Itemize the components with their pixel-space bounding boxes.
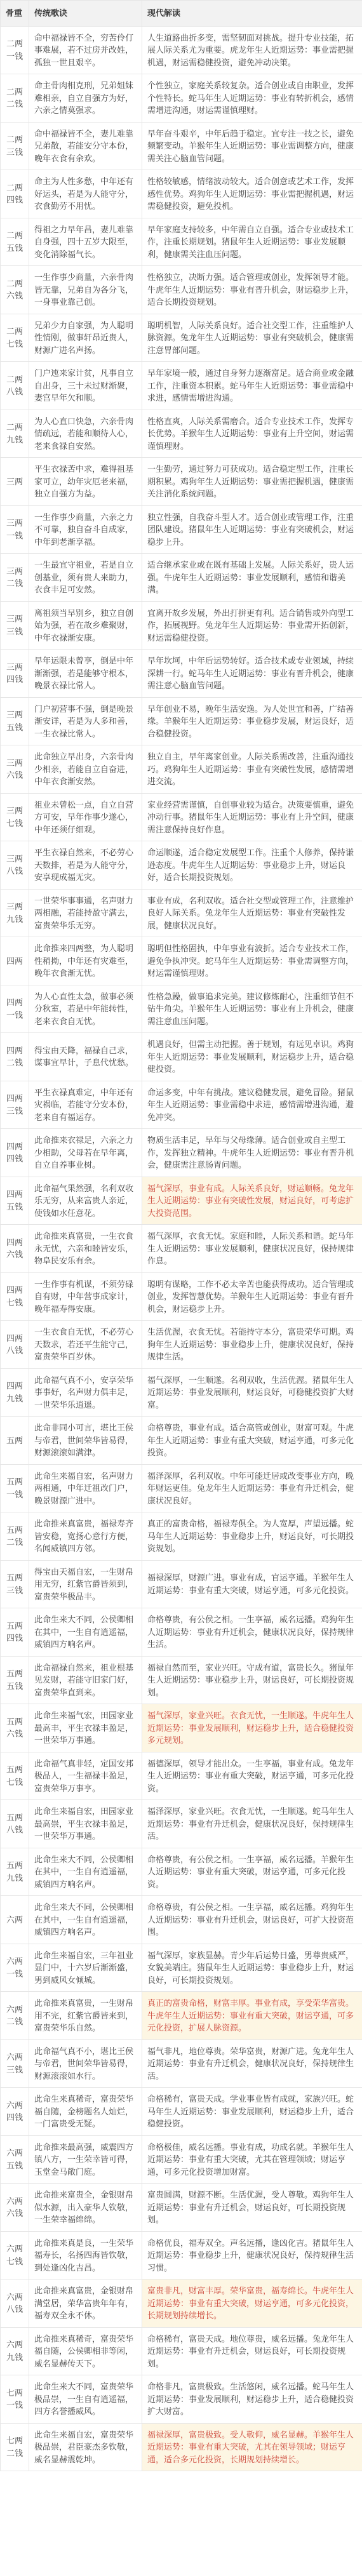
weight-cell: 四两二钱: [1, 1033, 29, 1081]
weight-cell: 四两一钱: [1, 985, 29, 1033]
weight-cell: 五两五钱: [1, 1656, 29, 1704]
weight-cell: 五两一钱: [1, 1464, 29, 1512]
table-body: 二两一钱命中福禄皆不全，穷苦伶仃事难展，若不过房并改姓，孤独一世且艰辛。人生道路…: [1, 26, 362, 2471]
weight-cell: 三两八钱: [1, 841, 29, 890]
table-row: 五两五钱此命福禄自然来，祖业根基见发财，若能守旧家门好，富贵荣华直到来。福禄自然…: [1, 1656, 362, 1704]
modern-cell: 福禄自然而至，家业兴旺。守成有道，富贵长久。猪鼠年生人近期运势：事业稳步上升，财…: [142, 1656, 362, 1704]
table-row: 五两此命非同小可言，堪比王侯与帝君，世间荣华皆易得，财源滚滚如满津。命格尊贵，事…: [1, 1417, 362, 1465]
verse-cell: 此命推来真富贵，金银财帛满堂居，荣华富贵年年有，福寿双全永不休。: [29, 2279, 142, 2328]
modern-cell: 富贵圆满，财源不断。生活优渥，受人尊敬。鸡狗年生人近期运势：事业有升迁机会，财运…: [142, 2184, 362, 2232]
table-row: 三两四钱早年运限未曾享，倒是中年渐渐强，若是能够守根本，晚景衣禄比常人。早年坎坷…: [1, 650, 362, 698]
weight-cell: 六两二钱: [1, 1992, 29, 2040]
weight-cell: 五两四钱: [1, 1608, 29, 1657]
verse-cell: 门户迍来家计贫，凡事自立自出身，三十未过财渐聚，妻宫早年欠和顺。: [29, 362, 142, 410]
table-row: 二两二钱命主骨肉相克刑，兄弟姐妹难相亲，自立自强方为好，六亲之情莫强求。个性独立…: [1, 74, 362, 123]
weight-cell: 三两七钱: [1, 793, 29, 841]
verse-cell: 得宝由天降，福禄自己求，谋事宜早计，子息代忧愁。: [29, 1033, 142, 1081]
table-row: 四两五钱此命福气果然强，名利双收乐无穷，从来富贵人亲近，使钱如水任意花。福气深厚…: [1, 1177, 362, 1225]
modern-cell: 命格极佳，威名远播。事业有成，功成名就。羊猴年生人近期运势：事业有重大突破，尤其…: [142, 2135, 362, 2184]
weight-cell: 二两二钱: [1, 74, 29, 123]
verse-cell: 此命生来大不同，公侯卿相在其中，一生自有逍遥福，威镇四方响名声。: [29, 1608, 142, 1657]
table-row: 四两六钱此命推来真富贵，一生衣食永无忧，六亲和睦皆安乐，物阜民安乐有余。福气深厚…: [1, 1225, 362, 1273]
verse-cell: 此命推来真稀奇，富贵荣华福自随，公侯卿相非等闲，威名显赫传天下。: [29, 2327, 142, 2375]
table-row: 五两六钱此命生来福气宏，田园家业最高丰，平生衣禄丰盈足，一世荣华万事通。福气深厚…: [1, 1704, 362, 1752]
verse-cell: 得祖之力早年昌，妻儿难靠自身强，四十五岁大限至，变化消除福气长。: [29, 218, 142, 266]
verse-cell: 此命生来福气宏，田园家业最高丰，平生衣禄丰盈足，一世荣华万事通。: [29, 1704, 142, 1752]
header-traditional-verse: 传统歌诀: [29, 1, 142, 27]
table-row: 四两七钱一生作事有机谋，不须劳碌自有财，中年营事成家计，晚年福寿得安康。聪明有谋…: [1, 1272, 362, 1321]
modern-cell: 性格直爽，人际关系需磨合。适合专业技术工作，发挥专长优势。羊猴年生人近期运势：事…: [142, 410, 362, 458]
table-row: 六两五钱此命推来最高强，威震四方镇八方，一生荣幸皆可得，玉堂金马敞门庭。命格极佳…: [1, 2135, 362, 2184]
modern-cell: 家业经营需谨慎，自创事业较为适合。决策要慎重，避免冲动行事。猪鼠年生人近期运势：…: [142, 793, 362, 841]
weight-cell: 二两九钱: [1, 410, 29, 458]
weight-cell: 五两六钱: [1, 1704, 29, 1752]
weight-cell: 六两九钱: [1, 2327, 29, 2375]
table-row: 四两二钱得宝由天降，福禄自己求，谋事宜早计，子息代忧愁。机遇良好，但需主动把握。…: [1, 1033, 362, 1081]
modern-cell: 早年创业不易，晚年生活安逸。为人处世宜和善，广结善缘。羊猴年生人近期运势：事业稳…: [142, 697, 362, 745]
header-modern-interpretation: 现代解读: [142, 1, 362, 27]
table-row: 六两此命生来大不同，公侯卿相在其中，一生自有逍遥福，威镇四方响名声。命格尊贵，有…: [1, 1896, 362, 1944]
modern-cell: 福气深厚，家族显赫。青少年后运势日盛，男尊贵威严，女貌美端庄。猪鼠年生人近期运势…: [142, 1944, 362, 1992]
modern-cell: 性格较敏感，情绪波动较大。适合创意或艺术工作，发挥感性优势。鸡狗年生人近期运势：…: [142, 170, 362, 218]
verse-cell: 此命福气真不小，安享荣华事事好，名声财力俱丰足，一世荣华乐逍遥。: [29, 1368, 142, 1417]
table-row: 二两三钱命中福禄皆不全，妻儿难靠兄弟散，若能安分守本份，晚年衣食有余欢。早年奋斗…: [1, 122, 362, 170]
weight-cell: 三两五钱: [1, 697, 29, 745]
modern-cell: 富贵非凡，财富丰厚。荣华富贵，福寿绵长。牛虎年生人近期运势：事业有重大突破，财运…: [142, 2279, 362, 2328]
table-row: 二两一钱命中福禄皆不全，穷苦伶仃事难展，若不过房并改姓，孤独一世且艰辛。人生道路…: [1, 26, 362, 74]
weight-cell: 五两: [1, 1417, 29, 1465]
modern-cell: 命运多变，中年有挑战。建议稳健发展，避免冒险。猪鼠年生人近期运势：事业需稳中求进…: [142, 1081, 362, 1129]
table-row: 五两七钱此命福气真非轻，定国安邦极品人，一生福禄丰盈足，富贵荣华万事亨。福德深厚…: [1, 1752, 362, 1800]
verse-cell: 此命推来衣禄足，六亲之力少相助，父母若在早年离，自立自养事业树。: [29, 1129, 142, 1177]
verse-cell: 一世荣华事事通，名声财力两相融，若能持盈守满去，富贵荣华乐无穷。: [29, 889, 142, 937]
verse-cell: 此命福气果然强，名利双收乐无穷，从来富贵人亲近，使钱如水任意花。: [29, 1177, 142, 1225]
modern-cell: 命格尊贵，有公侯之相。一生享福，威名远播。鸡狗年生人近期运势：事业有升迁机会，健…: [142, 1608, 362, 1657]
verse-cell: 此命福气真非轻，定国安邦极品人，一生福禄丰盈足，富贵荣华万事亨。: [29, 1752, 142, 1800]
weight-cell: 四两八钱: [1, 1321, 29, 1369]
table-row: 二两七钱兄弟少力自家强，为人聪明性情刚，做事轩昂近贵人，财源广进名声扬。聪明机智…: [1, 314, 362, 362]
table-row: 五两一钱此命生来福自宏，名声财力两相通，中年迁祖改门户，晚景财源广进中。福泽深厚…: [1, 1464, 362, 1512]
table-row: 七两二钱此命生来福自宏，富贵荣华极品崇，君臣豪杰多钦敬，威名显赫震乾坤。福禄深厚…: [1, 2423, 362, 2471]
modern-cell: 命格非凡，富贵极致。生活悠闲，威名远播。蛇马年生人近期运势：事业发展顺利，财运稳…: [142, 2375, 362, 2424]
modern-cell: 独立自主，早年离家创业。人际关系需改善，注重沟通技巧。鸡狗年生人近期运势：事业有…: [142, 745, 362, 794]
modern-cell: 个性独立，家庭关系较复杂。适合创业或自由职业，发挥个性特长。蛇马年生人近期运势：…: [142, 74, 362, 123]
weight-cell: 四两三钱: [1, 1081, 29, 1129]
verse-cell: 为人心直性太急，做事必须分秋室，若是中年能转性，老来衣食自无忧。: [29, 985, 142, 1033]
weight-cell: 六两七钱: [1, 2231, 29, 2279]
modern-cell: 性格急躁，做事追求完美。建议修炼耐心，注重细节但不钻牛角尖。羊猴年生人近期运势：…: [142, 985, 362, 1033]
table-row: 六两四钱此命生来真稀奇，富贵荣华福自随，金榜题名人灿烂，一门富贵受无疑。命格稀有…: [1, 2088, 362, 2136]
verse-cell: 此命生来真稀奇，富贵荣华福自随，金榜题名人灿烂，一门富贵受无疑。: [29, 2088, 142, 2136]
table-row: 六两二钱此命推来真富贵，一生财帛用不完，红紫官爵皆来到，富贵荣华乐自然。真正的富…: [1, 1992, 362, 2040]
modern-cell: 真正的富贵命格，财富丰厚。事业有成，享受荣华富贵。牛虎年生人近期运势：事业有重大…: [142, 1992, 362, 2040]
table-row: 七两一钱此命生来大不同，富贵荣华极品崇，一生自有逍遥福，四方名誉播威风。命格非凡…: [1, 2375, 362, 2424]
modern-cell: 命格稀有，富贵天成。学业事业皆有成就，家族兴旺。蛇马年生人近期运势：事业发展顺利…: [142, 2088, 362, 2136]
verse-cell: 离祖须当早别乡，独立自创始为强，若在故乡难聚财，中年衣禄渐安康。: [29, 601, 142, 650]
weight-cell: 六两六钱: [1, 2184, 29, 2232]
weight-cell: 四两五钱: [1, 1177, 29, 1225]
verse-cell: 平生衣禄真难定，中年还有灾祸临，若能守分安本份，老来自有福运存。: [29, 1081, 142, 1129]
table-row: 三两九钱一世荣华事事通，名声财力两相融，若能持盈守满去，富贵荣华乐无穷。事业有成…: [1, 889, 362, 937]
modern-cell: 聪明有谋略，工作不必太辛苦也能获得成功。适合管理或创业，发挥智慧优势。羊猴年生人…: [142, 1272, 362, 1321]
weight-cell: 二两三钱: [1, 122, 29, 170]
weight-cell: 四两四钱: [1, 1129, 29, 1177]
modern-cell: 福气深厚，一生顺遂。名利双收，生活优渥。猪鼠年生人近期运势：事业发展顺利，财运良…: [142, 1368, 362, 1417]
table-row: 三两二钱一生最宜守祖业，若是自立创基业，须有贵人来助力，衣食丰足可安然。适合继承…: [1, 554, 362, 602]
modern-cell: 福德深厚，领导才能出众。一生享福，事业有成。兔龙年生人近期运势：事业有重大突破，…: [142, 1752, 362, 1800]
table-row: 三两五钱门户初营事不强，倒是晚景渐安详，若是为人多和善，一生衣禄比常人。早年创业…: [1, 697, 362, 745]
modern-cell: 独立性强，自我奋斗型人才。适合创业或管理工作，注重团队建设。猪鼠年生人近期运势：…: [142, 505, 362, 554]
weight-cell: 三两三钱: [1, 601, 29, 650]
table-row: 五两二钱此命推来真富贵，福禄寿齐皆安稳，宽扬心意行方便，名闻威镇四方邻。真正的富…: [1, 1512, 362, 1561]
table-row: 五两八钱此命生来福自宏，田园家业最高崇，平生衣禄丰盈足，一世荣华万事通。福泽深厚…: [1, 1800, 362, 1848]
weight-cell: 二两五钱: [1, 218, 29, 266]
modern-cell: 福气深厚，家业兴旺。衣食无忧，一生顺遂。牛虎年生人近期运势：事业发展顺利，财运稳…: [142, 1704, 362, 1752]
modern-cell: 适合继承家业或在既有基础上发展。人际关系好，贵人运强。牛虎年生人近期运势：事业发…: [142, 554, 362, 602]
weight-cell: 五两三钱: [1, 1560, 29, 1608]
verse-cell: 为人心直口快急，六亲骨肉情疏远，若能和顺待人心，老来食禄自安然。: [29, 410, 142, 458]
weight-cell: 七两一钱: [1, 2375, 29, 2424]
verse-cell: 此命推来最高强，威震四方镇八方，一生荣幸皆可得，玉堂金马敞门庭。: [29, 2135, 142, 2184]
verse-cell: 此命推来真是良，一生荣华福寿长，名扬四海皆钦敬，到处逢凶化吉昌。: [29, 2231, 142, 2279]
bone-weight-table: 骨重 传统歌诀 现代解读 二两一钱命中福禄皆不全，穷苦伶仃事难展，若不过房并改姓…: [0, 0, 362, 2471]
table-row: 六两九钱此命推来真稀奇，富贵荣华福自随，公侯卿相非等闲，威名显赫传天下。命格稀有…: [1, 2327, 362, 2375]
table-row: 三两六钱此命独立早出身，六亲骨肉少相亲，若能自立自奋进，中年衣食渐安然。独立自主…: [1, 745, 362, 794]
verse-cell: 此命推来真富贵，福禄寿齐皆安稳，宽扬心意行方便，名闻威镇四方邻。: [29, 1512, 142, 1561]
modern-cell: 福气非凡，地位尊贵。荣华富贵，财源广进。兔龙年生人近期运势：事业有升迁机会，健康…: [142, 2039, 362, 2088]
table-row: 三两平生衣禄苦中求，难得祖基家可立，幼年灾厄老来福，独立自强方为益。一生勤劳，通…: [1, 458, 362, 506]
verse-cell: 门户初营事不强，倒是晚景渐安详，若是为人多和善，一生衣禄比常人。: [29, 697, 142, 745]
weight-cell: 七两二钱: [1, 2423, 29, 2471]
weight-cell: 四两六钱: [1, 1225, 29, 1273]
verse-cell: 祖业未曾松一点，自立自营方可安，早年作事少遂心，中年还须仔细观。: [29, 793, 142, 841]
verse-cell: 此命生来福自宏，三年祖业显门中，十六岁后渐渐盛，男到威风女倾城。: [29, 1944, 142, 1992]
table-row: 五两九钱此命生来大不同，公侯卿相在其中，一生自有逍遥福，威镇四方响名声。命格尊贵…: [1, 1848, 362, 1896]
modern-cell: 命格优良，福寿双全。声名远播，逢凶化吉。猪鼠年生人近期运势：事业稳步上升，健康状…: [142, 2231, 362, 2279]
table-row: 三两八钱平生衣禄自然来，不必劳心天数排，若是为人能守分，安享现成福无灾。命运顺遂…: [1, 841, 362, 890]
verse-cell: 兄弟少力自家强，为人聪明性情刚，做事轩昂近贵人，财源广进名声扬。: [29, 314, 142, 362]
table-row: 二两六钱一生作事少商量，六亲骨肉皆无靠，兄弟自为各分飞，一身事业靠己创。性格独立…: [1, 266, 362, 314]
table-row: 四两一钱为人心直性太急，做事必须分秋室，若是中年能转性，老来衣食自无忧。性格急躁…: [1, 985, 362, 1033]
verse-cell: 一生作事少商量，六亲之力不可靠，独自奋斗自成家，中年到老渐享福。: [29, 505, 142, 554]
verse-cell: 一生衣食自无忧，不必劳心天数求，若还平生能守己，富贵荣华百岁休。: [29, 1321, 142, 1369]
weight-cell: 三两二钱: [1, 554, 29, 602]
verse-cell: 此命生来大不同，公侯卿相在其中，一生自有逍遥福，威镇四方响名声。: [29, 1896, 142, 1944]
modern-cell: 命运顺遂，适合稳定发展型工作。注重个人修养，保持谦逊态度。牛虎年生人近期运势：事…: [142, 841, 362, 890]
verse-cell: 早年运限未曾享，倒是中年渐渐强，若是能够守根本，晚景衣禄比常人。: [29, 650, 142, 698]
weight-cell: 五两七钱: [1, 1752, 29, 1800]
modern-cell: 一生勤劳，通过努力可获成功。适合稳定型工作，注重长期积累。鸡狗年生人近期运势：事…: [142, 458, 362, 506]
table-row: 五两三钱得宝由天福自宏，一生财帛用无穷，红紫官爵皆须到，富贵荣华极品丰。福禄深厚…: [1, 1560, 362, 1608]
modern-cell: 福气深厚，衣食无忧。家庭和睦，人际关系和谐。蛇马年生人近期运势：事业发展顺利，健…: [142, 1225, 362, 1273]
verse-cell: 命中福禄皆不全，穷苦伶仃事难展，若不过房并改姓，孤独一世且艰辛。: [29, 26, 142, 74]
table-row: 五两四钱此命生来大不同，公侯卿相在其中，一生自有逍遥福，威镇四方响名声。命格尊贵…: [1, 1608, 362, 1657]
table-row: 六两三钱此命福气真不小，堪比王侯与帝君，世间荣华皆易得，财源滚滚如水行。福气非凡…: [1, 2039, 362, 2088]
weight-cell: 二两四钱: [1, 170, 29, 218]
modern-cell: 机遇良好，但需主动把握。善于规划，有远见卓识。鸡狗年生人近期运势：事业发展顺利，…: [142, 1033, 362, 1081]
verse-cell: 此命推来真富贵，一生衣食永无忧，六亲和睦皆安乐，物阜民安乐有余。: [29, 1225, 142, 1273]
table-row: 四两八钱一生衣食自无忧，不必劳心天数求，若还平生能守己，富贵荣华百岁休。生活优渥…: [1, 1321, 362, 1369]
verse-cell: 此命推来真富贵，一生财帛用不完，红紫官爵皆来到，富贵荣华乐自然。: [29, 1992, 142, 2040]
verse-cell: 命主为人性多愁，中年还有好运头，若是为人能守分，衣食勤劳不用忧。: [29, 170, 142, 218]
weight-cell: 三两六钱: [1, 745, 29, 794]
weight-cell: 二两七钱: [1, 314, 29, 362]
weight-cell: 六两: [1, 1896, 29, 1944]
table-row: 二两八钱门户迍来家计贫，凡事自立自出身，三十未过财渐聚，妻宫早年欠和顺。早年家境…: [1, 362, 362, 410]
modern-cell: 生活优渥，衣食无忧。若能持守本分，富贵荣华可期。鸡狗年生人近期运势：事业稳步上升…: [142, 1321, 362, 1369]
weight-cell: 五两九钱: [1, 1848, 29, 1896]
table-row: 二两九钱为人心直口快急，六亲骨肉情疏远，若能和顺待人心，老来食禄自安然。性格直爽…: [1, 410, 362, 458]
modern-cell: 命格尊贵，事业有成。适合高管或创业，财富可观。牛虎年生人近期运势：事业有重大突破…: [142, 1417, 362, 1465]
modern-cell: 福泽深厚，家业兴旺。衣食无忧，一生顺遂。蛇马年生人近期运势：事业有升迁机会，健康…: [142, 1800, 362, 1848]
table-row: 六两六钱此命推来富贵全，金银财帛似水源，出入豪华人钦敬，一生荣幸福绵绵。富贵圆满…: [1, 2184, 362, 2232]
table-row: 二两四钱命主为人性多愁，中年还有好运头，若是为人能守分，衣食勤劳不用忧。性格较敏…: [1, 170, 362, 218]
modern-cell: 福气深厚，事业有成。人际关系良好，财运顺畅。兔龙年生人近期运势：事业有突破性发展…: [142, 1177, 362, 1225]
modern-cell: 命格尊贵，有公侯之相。一生享福，威名远播。羊猴年生人近期运势：事业有重大突破，财…: [142, 1848, 362, 1896]
verse-cell: 此命生来大不同，公侯卿相在其中，一生自有逍遥福，威镇四方响名声。: [29, 1848, 142, 1896]
table-row: 四两此命推来四两整，为人聪明性稍拗，中年还有灾难至，晚年衣食渐无忧。聪明但性格固…: [1, 937, 362, 985]
verse-cell: 得宝由天福自宏，一生财帛用无穷，红紫官爵皆须到，富贵荣华极品丰。: [29, 1560, 142, 1608]
verse-cell: 一生最宜守祖业，若是自立创基业，须有贵人来助力，衣食丰足可安然。: [29, 554, 142, 602]
header-row: 骨重 传统歌诀 现代解读: [1, 1, 362, 27]
modern-cell: 早年坎坷，中年后运势转好。适合技术或专业领域，持续深耕一行。蛇马年生人近期运势：…: [142, 650, 362, 698]
modern-cell: 福泽深厚，名利双收。中年可能迁居或改变事业方向，晚年财运更佳。兔龙年生人近期运势…: [142, 1464, 362, 1512]
table-row: 三两一钱一生作事少商量，六亲之力不可靠，独自奋斗自成家，中年到老渐享福。独立性强…: [1, 505, 362, 554]
modern-cell: 早年家境一般，通过自身努力逐渐富足。适合商业或金融工作，注重资本积累。蛇马年生人…: [142, 362, 362, 410]
weight-cell: 三两一钱: [1, 505, 29, 554]
verse-cell: 此命福禄自然来，祖业根基见发财，若能守旧家门好，富贵荣华直到来。: [29, 1656, 142, 1704]
weight-cell: 六两一钱: [1, 1944, 29, 1992]
verse-cell: 此命推来富贵全，金银财帛似水源，出入豪华人钦敬，一生荣幸福绵绵。: [29, 2184, 142, 2232]
verse-cell: 此命生来大不同，富贵荣华极品崇，一生自有逍遥福，四方名誉播威风。: [29, 2375, 142, 2424]
table-row: 二两五钱得祖之力早年昌，妻儿难靠自身强，四十五岁大限至，变化消除福气长。早年家庭…: [1, 218, 362, 266]
verse-cell: 此命非同小可言，堪比王侯与帝君，世间荣华皆易得，财源滚滚如满津。: [29, 1417, 142, 1465]
verse-cell: 此命福气真不小，堪比王侯与帝君，世间荣华皆易得，财源滚滚如水行。: [29, 2039, 142, 2088]
header-bone-weight: 骨重: [1, 1, 29, 27]
modern-cell: 真正的富贵命格，福禄寿俱全。为人宽厚，声望远播。蛇马年生人近期运势：事业稳步上升…: [142, 1512, 362, 1561]
weight-cell: 二两一钱: [1, 26, 29, 74]
verse-cell: 此命生来福自宏，田园家业最高崇，平生衣禄丰盈足，一世荣华万事通。: [29, 1800, 142, 1848]
table-row: 四两四钱此命推来衣禄足，六亲之力少相助，父母若在早年离，自立自养事业树。物质生活…: [1, 1129, 362, 1177]
modern-cell: 事业有成，名利双收。适合社交型或管理工作，注意维护良好人际关系。兔龙年生人近期运…: [142, 889, 362, 937]
modern-cell: 宜离开故乡发展，外出打拼更有利。适合销售或外向型工作，拓展视野。兔龙年生人近期运…: [142, 601, 362, 650]
table-row: 三两三钱离祖须当早别乡，独立自创始为强，若在故乡难聚财，中年衣禄渐安康。宜离开故…: [1, 601, 362, 650]
modern-cell: 早年奋斗艰辛，中年后趋于稳定。宜专注一技之长，避免频繁变动。羊猴年生人近期运势：…: [142, 122, 362, 170]
verse-cell: 平生衣禄自然来，不必劳心天数排，若是为人能守分，安享现成福无灾。: [29, 841, 142, 890]
verse-cell: 此命推来四两整，为人聪明性稍拗，中年还有灾难至，晚年衣食渐无忧。: [29, 937, 142, 985]
weight-cell: 四两九钱: [1, 1368, 29, 1417]
verse-cell: 命主骨肉相克刑，兄弟姐妹难相亲，自立自强方为好，六亲之情莫强求。: [29, 74, 142, 123]
weight-cell: 五两八钱: [1, 1800, 29, 1848]
table-row: 四两九钱此命福气真不小，安享荣华事事好，名声财力俱丰足，一世荣华乐逍遥。福气深厚…: [1, 1368, 362, 1417]
weight-cell: 三两四钱: [1, 650, 29, 698]
modern-cell: 早年家庭支持较多，中年需自立自强。适合专业或技术工作，注重长期规划。猪鼠年生人近…: [142, 218, 362, 266]
modern-cell: 福禄深厚，富贵极致。受人敬仰，威名显赫。羊猴年生人近期运势：事业有重大突破，尤其…: [142, 2423, 362, 2471]
modern-cell: 物质生活丰足，早年与父母缘薄。适合创业或自主型工作，发挥独立精神。牛虎年生人近期…: [142, 1129, 362, 1177]
verse-cell: 此命生来福自宏，富贵荣华极品崇，君臣豪杰多钦敬，威名显赫震乾坤。: [29, 2423, 142, 2471]
weight-cell: 五两二钱: [1, 1512, 29, 1561]
weight-cell: 四两七钱: [1, 1272, 29, 1321]
weight-cell: 六两四钱: [1, 2088, 29, 2136]
verse-cell: 平生衣禄苦中求，难得祖基家可立，幼年灾厄老来福，独立自强方为益。: [29, 458, 142, 506]
weight-cell: 三两: [1, 458, 29, 506]
verse-cell: 命中福禄皆不全，妻儿难靠兄弟散，若能安分守本份，晚年衣食有余欢。: [29, 122, 142, 170]
modern-cell: 性格独立，决断力强。适合管理或创业，发挥领导才能。牛虎年生人近期运势：事业有晋升…: [142, 266, 362, 314]
modern-cell: 命格稀有，富贵天成。地位尊贵，威名远播。兔龙年生人近期运势：事业有升迁机会，财运…: [142, 2327, 362, 2375]
verse-cell: 此命独立早出身，六亲骨肉少相亲，若能自立自奋进，中年衣食渐安然。: [29, 745, 142, 794]
weight-cell: 六两五钱: [1, 2135, 29, 2184]
table-row: 六两八钱此命推来真富贵，金银财帛满堂居，荣华富贵年年有，福寿双全永不休。富贵非凡…: [1, 2279, 362, 2328]
verse-cell: 一生作事有机谋，不须劳碌自有财，中年营事成家计，晚年福寿得安康。: [29, 1272, 142, 1321]
weight-cell: 三两九钱: [1, 889, 29, 937]
weight-cell: 二两六钱: [1, 266, 29, 314]
modern-cell: 命格尊贵，有公侯之相。一生享福，威名远播。鸡狗年生人近期运势：事业有升迁机会，财…: [142, 1896, 362, 1944]
weight-cell: 四两: [1, 937, 29, 985]
verse-cell: 一生作事少商量，六亲骨肉皆无靠，兄弟自为各分飞，一身事业靠己创。: [29, 266, 142, 314]
table-row: 三两七钱祖业未曾松一点，自立自营方可安，早年作事少遂心，中年还须仔细观。家业经营…: [1, 793, 362, 841]
weight-cell: 六两三钱: [1, 2039, 29, 2088]
weight-cell: 二两八钱: [1, 362, 29, 410]
table-row: 四两三钱平生衣禄真难定，中年还有灾祸临，若能守分安本份，老来自有福运存。命运多变…: [1, 1081, 362, 1129]
table-row: 六两一钱此命生来福自宏，三年祖业显门中，十六岁后渐渐盛，男到威风女倾城。福气深厚…: [1, 1944, 362, 1992]
modern-cell: 人生道路曲折多变，需坚韧面对挑战。提升专业技能，拓展人际关系尤为重要。虎龙年生人…: [142, 26, 362, 74]
modern-cell: 聪明但性格固执，中年事业有波折。适合专业技术工作，避免争执冲突。蛇马年生人近期运…: [142, 937, 362, 985]
weight-cell: 六两八钱: [1, 2279, 29, 2328]
modern-cell: 聪明机智，人际关系良好。适合社交型工作，注重维护人脉资源。兔龙年生人近期运势：事…: [142, 314, 362, 362]
table-row: 六两七钱此命推来真是良，一生荣华福寿长，名扬四海皆钦敬，到处逢凶化吉昌。命格优良…: [1, 2231, 362, 2279]
verse-cell: 此命生来福自宏，名声财力两相通，中年迁祖改门户，晚景财源广进中。: [29, 1464, 142, 1512]
modern-cell: 福禄深厚，财源广进。事业有成，官运亨通。羊猴年生人近期运势：事业有重大突破，财运…: [142, 1560, 362, 1608]
